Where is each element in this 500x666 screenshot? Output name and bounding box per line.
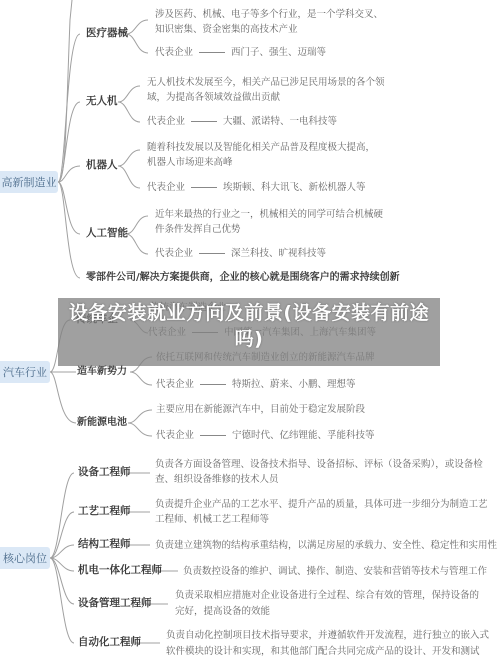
node-equipment-engineer[interactable]: 设备工程师 bbox=[78, 464, 131, 481]
equipment-engineer-desc-line2: 查、组织设备维修的技术人员 bbox=[155, 471, 279, 488]
page-title: 设备安装就业方向及前景(设备安装有前途吗) bbox=[58, 300, 440, 352]
node-automation-engineer[interactable]: 自动化工程师 bbox=[78, 634, 141, 651]
equipment-management-desc-line2: 完好，提高设备的效能 bbox=[175, 603, 270, 620]
enterprise-value: 大疆、派诺特、一电科技等 bbox=[223, 116, 337, 127]
dash-connector bbox=[191, 121, 217, 122]
mechatronics-engineer-desc: 负责数控设备的维护、调试、操作、制造、安装和营销等技术与管理工作 bbox=[183, 563, 487, 580]
automation-engineer-desc-line2: 软件模块的设计和实现，和其他部门配合共同完成产品的设计、开发和测试 bbox=[166, 643, 480, 660]
ai-desc-line2: 件条件发挥自己优势 bbox=[155, 221, 241, 238]
node-structural-engineer[interactable]: 结构工程师 bbox=[78, 536, 131, 553]
equipment-management-desc-line1: 负责采取相应措施对企业设备进行全过程、综合有效的管理，保持设备的 bbox=[175, 587, 479, 604]
node-ai[interactable]: 人工智能 bbox=[86, 225, 128, 242]
process-engineer-desc-line2: 工程师、机械工艺工程师等 bbox=[155, 511, 269, 528]
node-medical-devices[interactable]: 医疗器械 bbox=[86, 25, 128, 42]
dash-connector bbox=[200, 435, 226, 436]
enterprise-value: 埃斯顿、科大讯飞、新松机器人等 bbox=[223, 182, 366, 193]
category-auto-industry[interactable]: 汽车行业 bbox=[0, 361, 50, 383]
enterprise-label: 代表企业 bbox=[155, 47, 193, 58]
battery-enterprises: 代表企业宁德时代、亿纬锂能、孚能科技等 bbox=[156, 427, 375, 444]
category-high-tech-manufacturing[interactable]: 高新制造业 bbox=[0, 171, 58, 193]
structural-engineer-desc: 负责建立建筑物的结构承重结构，以满足房屋的承载力、安全性、稳定性和实用性 bbox=[155, 537, 497, 554]
medical-desc-line2: 知识密集、资金密集的高技术产业 bbox=[155, 21, 298, 38]
node-robot[interactable]: 机器人 bbox=[86, 157, 118, 174]
battery-desc: 主要应用在新能源汽车中，目前处于稳定发展阶段 bbox=[156, 401, 365, 418]
robot-desc-line2: 机器人市场迎来高峰 bbox=[147, 154, 233, 171]
enterprise-label: 代表企业 bbox=[147, 116, 185, 127]
category-core-positions[interactable]: 核心岗位 bbox=[0, 547, 50, 569]
ai-enterprises: 代表企业深兰科技、旷视科技等 bbox=[155, 245, 326, 262]
node-equipment-management-engineer[interactable]: 设备管理工程师 bbox=[78, 595, 152, 612]
node-parts-suppliers[interactable]: 零部件公司/解决方案提供商，企业的核心就是围绕客户的需求持续创新 bbox=[86, 269, 400, 286]
new-force-enterprises: 代表企业特斯拉、蔚来、小鹏、理想等 bbox=[156, 376, 356, 393]
enterprise-value: 特斯拉、蔚来、小鹏、理想等 bbox=[232, 379, 356, 390]
drone-desc-line2: 域，为提高各领域效益做出贡献 bbox=[147, 89, 280, 106]
node-ev-battery[interactable]: 新能源电池 bbox=[77, 414, 127, 431]
dash-connector bbox=[199, 253, 225, 254]
enterprise-label: 代表企业 bbox=[155, 248, 193, 259]
automation-engineer-desc-line1: 负责自动化控制项目技术指导要求，并遵循软件开发流程，进行独立的嵌入式 bbox=[166, 627, 489, 644]
enterprise-label: 代表企业 bbox=[156, 379, 194, 390]
enterprise-value: 宁德时代、亿纬锂能、孚能科技等 bbox=[232, 430, 375, 441]
enterprise-value: 深兰科技、旷视科技等 bbox=[231, 248, 326, 259]
robot-enterprises: 代表企业埃斯顿、科大讯飞、新松机器人等 bbox=[147, 179, 366, 196]
enterprise-value: 西门子、强生、迈瑞等 bbox=[231, 47, 326, 58]
medical-enterprises: 代表企业西门子、强生、迈瑞等 bbox=[155, 44, 326, 61]
mind-map: 高新制造业 汽车行业 核心岗位 医疗器械 涉及医药、机械、电子等多个行业，是一个… bbox=[0, 0, 500, 666]
node-mechatronics-engineer[interactable]: 机电一体化工程师 bbox=[78, 562, 162, 579]
node-process-engineer[interactable]: 工艺工程师 bbox=[78, 503, 131, 520]
enterprise-label: 代表企业 bbox=[156, 430, 194, 441]
node-drone[interactable]: 无人机 bbox=[86, 93, 118, 110]
dash-connector bbox=[191, 187, 217, 188]
drone-enterprises: 代表企业大疆、派诺特、一电科技等 bbox=[147, 113, 337, 130]
dash-connector bbox=[200, 384, 226, 385]
dash-connector bbox=[199, 52, 225, 53]
enterprise-label: 代表企业 bbox=[147, 182, 185, 193]
